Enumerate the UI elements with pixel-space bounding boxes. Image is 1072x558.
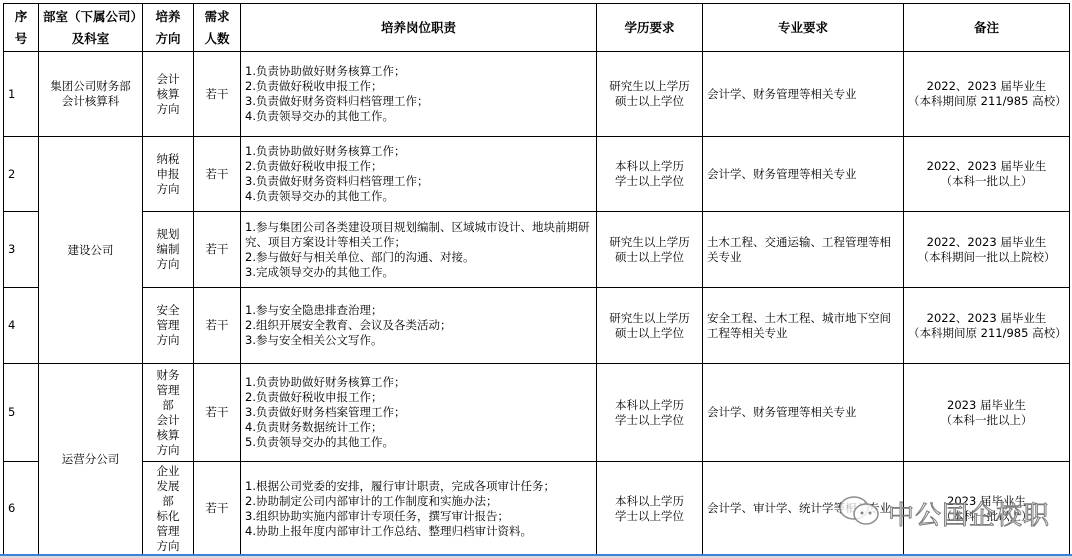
direction-line: 申报 <box>147 167 189 182</box>
header-dept: 部室（下属公司） 及科室 <box>39 4 143 52</box>
direction-line: 规划 <box>147 227 189 242</box>
remark-line: 2023 届毕业生 <box>908 494 1065 509</box>
education-line: 研究生以上学历 <box>601 311 698 326</box>
header-major: 专业要求 <box>703 4 904 52</box>
duty-item: 4.负责财务数据统计工作； <box>245 420 592 435</box>
duty-item: 3.负责做好财务档案管理工作； <box>245 405 592 420</box>
education-line: 本科以上学历 <box>601 159 698 174</box>
direction-line: 方向 <box>147 333 189 348</box>
remark-cell: 2022、2023 届毕业生 （本科期间原 211/985 高校） <box>904 288 1070 364</box>
header-seq: 序 号 <box>4 4 39 52</box>
duties-cell: 1.参与集团公司各类建设项目规划编制、区域城市设计、地块前期研究、项目方案设计等… <box>241 212 597 288</box>
duty-item: 2.协助制定公司内部审计的工作制度和实施办法； <box>245 494 592 509</box>
header-count: 需求 人数 <box>194 4 241 52</box>
education-line: 硕士以上学位 <box>601 326 698 341</box>
direction-line: 编制 <box>147 242 189 257</box>
remark-line: （本科一批以上） <box>908 509 1065 524</box>
duty-item: 5.负责领导交办的其他工作。 <box>245 435 592 450</box>
remark-line: （本科期间原 211/985 高校） <box>908 94 1065 109</box>
direction-line: 方向 <box>147 443 189 458</box>
education-line: 学士以上学位 <box>601 174 698 189</box>
education-cell: 研究生以上学历 硕士以上学位 <box>597 212 703 288</box>
duties-cell: 1.负责协助做好财务核算工作； 2.负责做好税收申报工作； 3.负责做好财务资料… <box>241 137 597 212</box>
dept-cell: 建设公司 <box>39 137 143 364</box>
education-line: 学士以上学位 <box>601 509 698 524</box>
header-dept-line: 及科室 <box>43 28 138 50</box>
dept-line: 集团公司财务部 <box>43 79 138 94</box>
header-education: 学历要求 <box>597 4 703 52</box>
direction-cell: 财务 管理 部 会计 核算 方向 <box>143 364 194 462</box>
count-cell: 若干 <box>194 462 241 556</box>
duty-item: 1.根据公司党委的安排，履行审计职责，完成各项审计任务； <box>245 479 592 494</box>
dept-line: 会计核算科 <box>43 94 138 109</box>
dept-line: 建设公司 <box>43 243 138 258</box>
recruitment-table: 序 号 部室（下属公司） 及科室 培养 方向 需求 人数 培养岗位职责 学历要求… <box>3 3 1070 556</box>
duty-item: 3.完成领导交办的其他工作。 <box>245 265 592 280</box>
education-cell: 本科以上学历 学士以上学位 <box>597 462 703 556</box>
header-seq-line: 序 <box>8 6 34 28</box>
direction-line: 管理 <box>147 524 189 539</box>
direction-cell: 安全 管理 方向 <box>143 288 194 364</box>
direction-line: 企业 <box>147 464 189 479</box>
duty-item: 3.负责做好财务资料归档管理工作； <box>245 94 592 109</box>
major-cell: 会计学、财务管理等相关专业 <box>703 52 904 137</box>
direction-line: 管理 <box>147 318 189 333</box>
direction-line: 方向 <box>147 182 189 197</box>
remark-line: （本科期间一批以上院校） <box>908 250 1065 265</box>
duties-cell: 1.负责协助做好财务核算工作； 2.负责做好税收申报工作； 3.负责做好财务档案… <box>241 364 597 462</box>
duty-item: 2.组织开展安全教育、会议及各类活动； <box>245 318 592 333</box>
direction-line: 管理 <box>147 383 189 398</box>
header-count-line: 人数 <box>198 28 236 50</box>
direction-line: 纳税 <box>147 152 189 167</box>
direction-line: 财务 <box>147 368 189 383</box>
remark-cell: 2023 届毕业生 （本科一批以上） <box>904 462 1070 556</box>
table-row: 3 规划 编制 方向 若干 1.参与集团公司各类建设项目规划编制、区域城市设计、… <box>4 212 1070 288</box>
direction-cell: 纳税 申报 方向 <box>143 137 194 212</box>
duty-item: 3.参与安全相关公文写作。 <box>245 333 592 348</box>
count-cell: 若干 <box>194 364 241 462</box>
remark-line: 2022、2023 届毕业生 <box>908 311 1065 326</box>
header-row: 序 号 部室（下属公司） 及科室 培养 方向 需求 人数 培养岗位职责 学历要求… <box>4 4 1070 52</box>
remark-cell: 2022、2023 届毕业生 （本科一批以上） <box>904 137 1070 212</box>
dept-line: 运营分公司 <box>43 452 138 467</box>
education-cell: 研究生以上学历 硕士以上学位 <box>597 52 703 137</box>
major-cell: 安全工程、土木工程、城市地下空间工程等相关专业 <box>703 288 904 364</box>
table-row: 6 企业 发展 部 标化 管理 方向 若干 1.根据公司党委的安排，履行审计职责… <box>4 462 1070 556</box>
remark-line: 2022、2023 届毕业生 <box>908 79 1065 94</box>
duty-item: 1.参与安全隐患排查治理； <box>245 303 592 318</box>
duties-cell: 1.根据公司党委的安排，履行审计职责，完成各项审计任务； 2.协助制定公司内部审… <box>241 462 597 556</box>
header-seq-line: 号 <box>8 28 34 50</box>
remark-line: 2022、2023 届毕业生 <box>908 235 1065 250</box>
seq-cell: 6 <box>4 462 39 556</box>
remark-cell: 2022、2023 届毕业生 （本科期间原 211/985 高校） <box>904 52 1070 137</box>
direction-line: 方向 <box>147 539 189 554</box>
duties-cell: 1.负责协助做好财务核算工作； 2.负责做好税收申报工作； 3.负责做好财务资料… <box>241 52 597 137</box>
duty-item: 1.负责协助做好财务核算工作； <box>245 375 592 390</box>
major-cell: 会计学、财务管理等相关专业 <box>703 364 904 462</box>
direction-cell: 企业 发展 部 标化 管理 方向 <box>143 462 194 556</box>
duty-item: 4.负责领导交办的其他工作。 <box>245 189 592 204</box>
table-row: 2 建设公司 纳税 申报 方向 若干 1.负责协助做好财务核算工作； 2.负责做… <box>4 137 1070 212</box>
seq-cell: 2 <box>4 137 39 212</box>
remark-line: （本科一批以上） <box>908 413 1065 428</box>
direction-line: 部 <box>147 494 189 509</box>
direction-line: 核算 <box>147 428 189 443</box>
remark-cell: 2023 届毕业生 （本科一批以上） <box>904 364 1070 462</box>
education-line: 研究生以上学历 <box>601 235 698 250</box>
education-cell: 研究生以上学历 硕士以上学位 <box>597 288 703 364</box>
seq-cell: 1 <box>4 52 39 137</box>
seq-cell: 3 <box>4 212 39 288</box>
direction-line: 标化 <box>147 509 189 524</box>
duty-item: 1.负责协助做好财务核算工作； <box>245 144 592 159</box>
education-line: 本科以上学历 <box>601 494 698 509</box>
remark-line: （本科期间原 211/985 高校） <box>908 326 1065 341</box>
education-line: 硕士以上学位 <box>601 94 698 109</box>
direction-line: 安全 <box>147 303 189 318</box>
duty-item: 1.参与集团公司各类建设项目规划编制、区域城市设计、地块前期研究、项目方案设计等… <box>245 220 592 250</box>
seq-cell: 4 <box>4 288 39 364</box>
header-count-line: 需求 <box>198 6 236 28</box>
header-remark: 备注 <box>904 4 1070 52</box>
count-cell: 若干 <box>194 212 241 288</box>
direction-cell: 规划 编制 方向 <box>143 212 194 288</box>
duty-item: 4.协助上报年度内部审计工作总结、整理归档审计资料。 <box>245 524 592 539</box>
table-row: 5 运营分公司 财务 管理 部 会计 核算 方向 若干 1.负责协助做好财务核算… <box>4 364 1070 462</box>
direction-cell: 会计 核算 方向 <box>143 52 194 137</box>
duties-cell: 1.参与安全隐患排查治理； 2.组织开展安全教育、会议及各类活动； 3.参与安全… <box>241 288 597 364</box>
major-cell: 土木工程、交通运输、工程管理等相关专业 <box>703 212 904 288</box>
header-direction-line: 方向 <box>147 28 189 50</box>
education-line: 研究生以上学历 <box>601 79 698 94</box>
remark-line: 2023 届毕业生 <box>908 398 1065 413</box>
direction-line: 方向 <box>147 257 189 272</box>
header-direction-line: 培养 <box>147 6 189 28</box>
direction-line: 方向 <box>147 102 189 117</box>
education-cell: 本科以上学历 学士以上学位 <box>597 137 703 212</box>
duty-item: 3.负责做好财务资料归档管理工作； <box>245 174 592 189</box>
major-cell: 会计学、财务管理等相关专业 <box>703 137 904 212</box>
remark-cell: 2022、2023 届毕业生 （本科期间一批以上院校） <box>904 212 1070 288</box>
duty-item: 2.负责做好税收申报工作； <box>245 79 592 94</box>
direction-line: 会计 <box>147 72 189 87</box>
dept-cell: 运营分公司 <box>39 364 143 556</box>
direction-line: 核算 <box>147 87 189 102</box>
duty-item: 1.负责协助做好财务核算工作； <box>245 64 592 79</box>
education-line: 学士以上学位 <box>601 413 698 428</box>
dept-cell: 集团公司财务部 会计核算科 <box>39 52 143 137</box>
duty-item: 3.组织协助实施内部审计专项任务，撰写审计报告； <box>245 509 592 524</box>
table-row: 4 安全 管理 方向 若干 1.参与安全隐患排查治理； 2.组织开展安全教育、会… <box>4 288 1070 364</box>
duty-item: 4.负责领导交办的其他工作。 <box>245 109 592 124</box>
header-direction: 培养 方向 <box>143 4 194 52</box>
direction-line: 发展 <box>147 479 189 494</box>
education-line: 硕士以上学位 <box>601 250 698 265</box>
header-dept-line: 部室（下属公司） <box>43 6 138 28</box>
count-cell: 若干 <box>194 52 241 137</box>
education-cell: 本科以上学历 学士以上学位 <box>597 364 703 462</box>
direction-line: 部 <box>147 398 189 413</box>
duty-item: 2.参与做好与相关单位、部门的沟通、对接。 <box>245 250 592 265</box>
remark-line: （本科一批以上） <box>908 174 1065 189</box>
remark-line: 2022、2023 届毕业生 <box>908 159 1065 174</box>
duty-item: 2.负责做好税收申报工作； <box>245 390 592 405</box>
major-cell: 会计学、审计学、统计学等相关专业 <box>703 462 904 556</box>
header-duties: 培养岗位职责 <box>241 4 597 52</box>
seq-cell: 5 <box>4 364 39 462</box>
count-cell: 若干 <box>194 137 241 212</box>
education-line: 本科以上学历 <box>601 398 698 413</box>
table-row: 1 集团公司财务部 会计核算科 会计 核算 方向 若干 1.负责协助做好财务核算… <box>4 52 1070 137</box>
duty-item: 2.负责做好税收申报工作； <box>245 159 592 174</box>
direction-line: 会计 <box>147 413 189 428</box>
count-cell: 若干 <box>194 288 241 364</box>
